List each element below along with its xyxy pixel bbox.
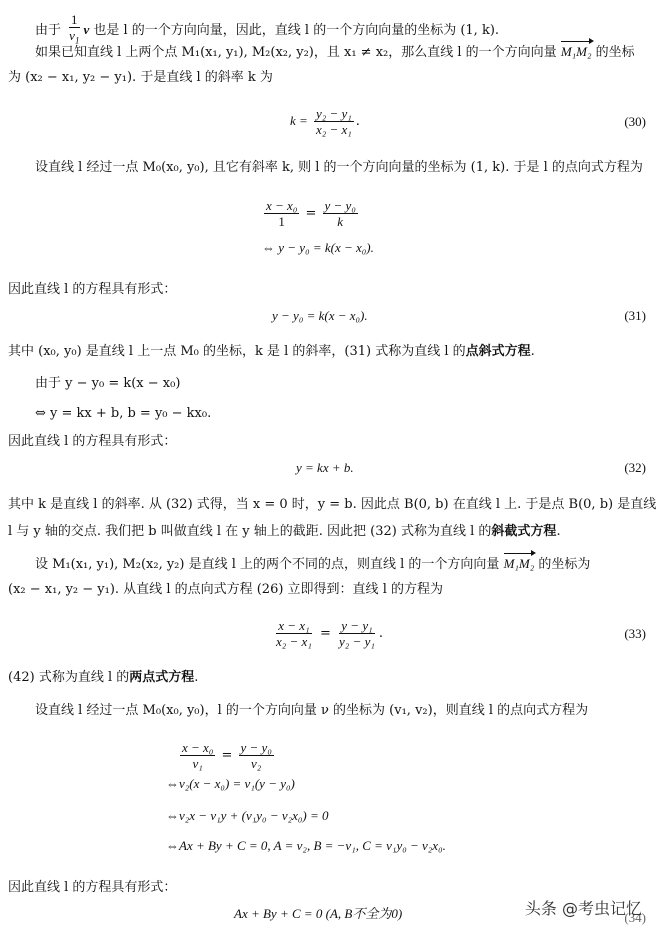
equation-30: k = y₂ − y₁x₂ − x₁.	[290, 106, 360, 137]
paragraph-line-10: 其中 k 是直线 l 的斜率. 从 (32) 式得，当 x = 0 时，y = …	[8, 497, 656, 513]
equation-34: Ax + By + C = 0 (A, B不全为0)	[234, 906, 402, 922]
equation-number-31: (31)	[624, 308, 646, 324]
paragraph-line-5: 因此直线 l 的方程具有形式：	[8, 282, 176, 298]
equation-number-32: (32)	[624, 460, 646, 476]
equation-32: y = kx + b.	[296, 460, 354, 476]
vector-m1m2: M₁M₂	[561, 44, 592, 60]
derivation-point-direction: x − x₀1 = y − y₀k	[262, 198, 360, 229]
equation-33: x − x₁x₂ − x₁ = y − y₁y₂ − y₁.	[272, 618, 383, 649]
text: 也是 l 的一个方向向量，因此，直线 l 的一个方向向量的坐标为 (1, k).	[93, 23, 499, 38]
paragraph-line-16: 因此直线 l 的方程具有形式：	[8, 880, 176, 896]
paragraph-line-11: l 与 y 轴的交点. 我们把 b 叫做直线 l 在 y 轴上的截距. 因此把 …	[8, 524, 561, 540]
general-derivation-line-2: ⇔v₂(x − x₀) = v₁(y − y₀)	[166, 776, 295, 792]
paragraph-line-7: 由于 y − y₀ = k(x − x₀)	[35, 376, 180, 392]
general-derivation-line-4: ⇔Ax + By + C = 0, A = v₂, B = −v₁, C = v…	[166, 838, 446, 854]
paragraph-line-4: 设直线 l 经过一点 M₀(x₀, y₀), 且它有斜率 k, 则 l 的一个方…	[35, 160, 643, 176]
general-derivation-line-3: ⇔v₂x − v₁y + (v₁y₀ − v₂x₀) = 0	[166, 808, 329, 824]
paragraph-line-2: 如果已知直线 l 上两个点 M₁(x₁, y₁), M₂(x₂, y₂)，且 x…	[35, 44, 635, 61]
term-slope-intercept: 斜截式方程	[491, 524, 556, 539]
equation-number-30: (30)	[624, 114, 646, 130]
equation-number-33: (33)	[624, 626, 646, 642]
paragraph-line-15: 设直线 l 经过一点 M₀(x₀, y₀)，l 的一个方向向量 ν 的坐标为 (…	[35, 703, 588, 719]
text: 由于	[35, 23, 61, 38]
paragraph-line-13: (x₂ − x₁, y₂ − y₁). 从直线 l 的点向式方程 (26) 立即…	[8, 582, 443, 598]
paragraph-line-9: 因此直线 l 的方程具有形式：	[8, 434, 176, 450]
term-two-point: 两点式方程	[129, 670, 194, 685]
paragraph-line-8: ⇔ y = kx + b, b = y₀ − kx₀.	[35, 406, 211, 422]
paragraph-line-6: 其中 (x₀, y₀) 是直线 l 上一点 M₀ 的坐标，k 是 l 的斜率，(…	[8, 344, 535, 360]
paragraph-line-14: (42) 式称为直线 l 的两点式方程.	[8, 670, 198, 686]
term-point-slope: 点斜式方程	[466, 344, 531, 359]
general-derivation-line-1: x − x₀v₁ = y − y₀v₂	[178, 740, 276, 771]
derivation-line-2: ⇔ y − y₀ = k(x − x₀).	[262, 240, 374, 256]
equation-31: y − y₀ = k(x − x₀).	[272, 308, 368, 324]
paragraph-line-12: 设 M₁(x₁, y₁), M₂(x₂, y₂) 是直线 l 上的两个不同的点，…	[35, 556, 590, 573]
vector-m1m2: M₁M₂	[504, 556, 535, 572]
watermark: 头条 @考虫记忆	[525, 896, 642, 919]
paragraph-line-3: 为 (x₂ − x₁, y₂ − y₁). 于是直线 l 的斜率 k 为	[8, 70, 273, 86]
